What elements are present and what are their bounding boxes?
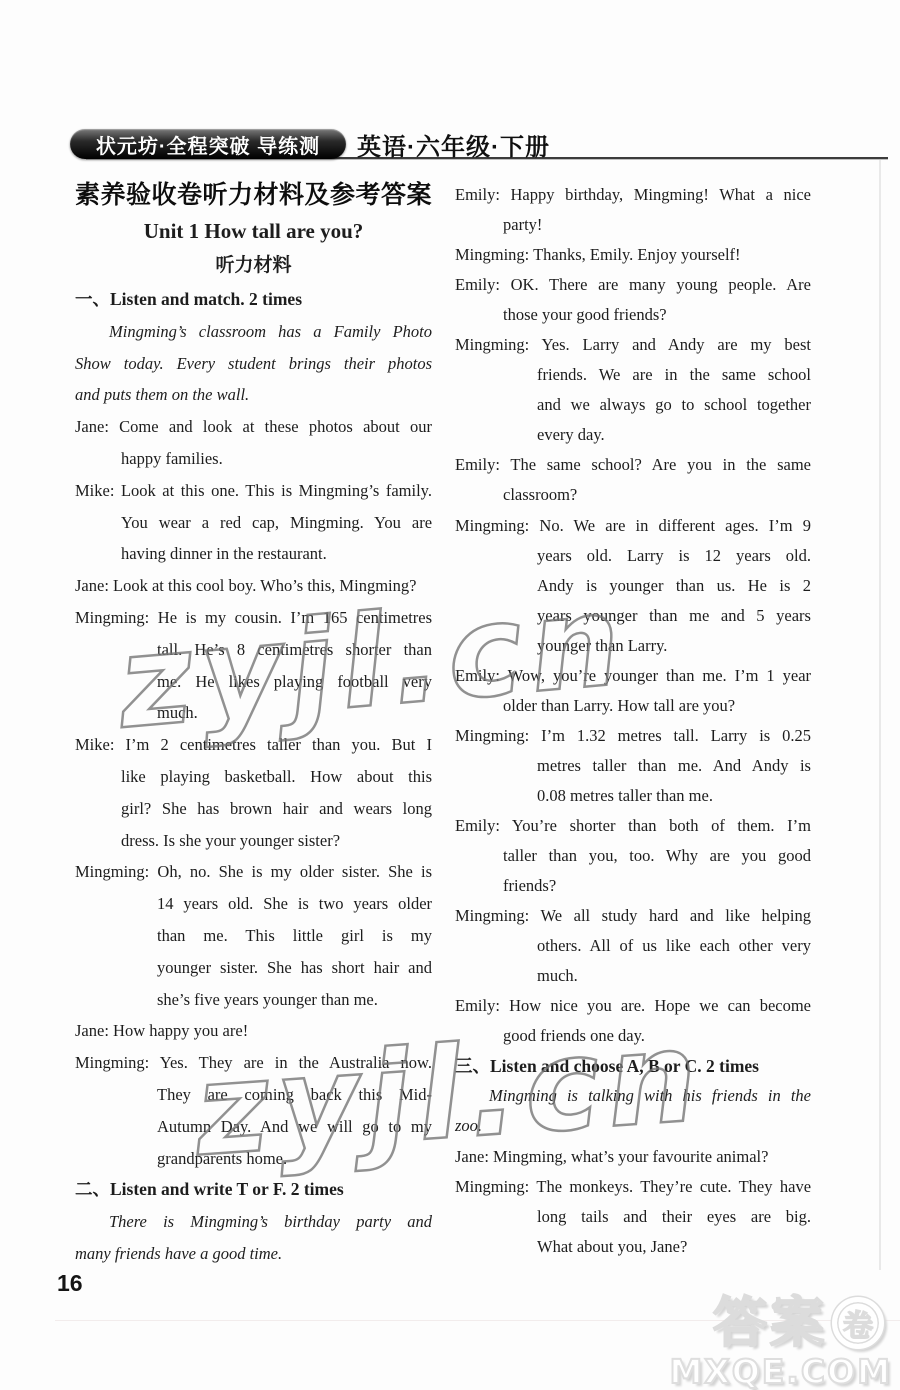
page-number: 16 — [57, 1270, 83, 1297]
dialogue-line: Show today. Every student brings their p… — [75, 348, 432, 380]
dialogue-line: much. — [455, 961, 811, 991]
dialogue-line: every day. — [455, 420, 811, 450]
dialogue-line: than me. This little girl is my — [75, 920, 432, 952]
dialogue-line: 14 years old. She is two years older — [75, 888, 432, 920]
answer-circle-logo: 答案 卷 MXQE.COM — [669, 1295, 892, 1390]
dialogue-line: Jane: Come and look at these photos abou… — [75, 411, 432, 443]
dialogue-line: There is Mingming’s birthday party and — [75, 1206, 432, 1238]
dialogue-line: and we always go to school together — [455, 390, 811, 420]
dialogue-line: metres taller than me. And Andy is — [455, 751, 811, 781]
dialogue-line: Jane: How happy you are! — [75, 1015, 432, 1047]
dialogue-line: They are coming back this Mid- — [75, 1079, 432, 1111]
dialogue-line: younger sister. She has short hair and — [75, 952, 432, 984]
dialogue-line: long tails and their eyes are big. — [455, 1202, 811, 1232]
left-dialogue-lines: 一、Listen and match. 2 timesMingming’s cl… — [75, 284, 432, 1270]
dialogue-line: Mingming: He is my cousin. I’m 165 centi… — [75, 602, 432, 634]
dialogue-line: and puts them on the wall. — [75, 379, 432, 411]
dialogue-line: Jane: Mingming, what’s your favourite an… — [455, 1142, 811, 1172]
dialogue-line: she’s five years younger than me. — [75, 984, 432, 1016]
answer-circle-icon: 卷 — [832, 1297, 884, 1349]
page-title: 素养验收卷听力材料及参考答案 — [75, 176, 432, 214]
dialogue-line: like playing basketball. How about this — [75, 761, 432, 793]
dialogue-line: 三、Listen and choose A, B or C. 2 times — [455, 1051, 811, 1081]
dialogue-line: Mingming: The monkeys. They’re cute. The… — [455, 1172, 811, 1202]
answer-circle-logo-row: 答案 卷 — [669, 1295, 892, 1351]
dialogue-line: many friends have a good time. — [75, 1238, 432, 1270]
listening-material-heading: 听力材料 — [75, 248, 432, 284]
dialogue-line: You wear a red cap, Mingming. You are — [75, 507, 432, 539]
dialogue-line: tall. He’s 8 centimetres shorter than — [75, 634, 432, 666]
dialogue-line: Emily: Wow, you’re younger than me. I’m … — [455, 661, 811, 691]
dialogue-line: Emily: Happy birthday, Mingming! What a … — [455, 180, 811, 210]
dialogue-line: years old. Larry is 12 years old. — [455, 541, 811, 571]
header-subject: 英语·六年级·下册 — [357, 127, 550, 162]
dialogue-line: good friends one day. — [455, 1021, 811, 1051]
dialogue-line: me. He likes playing football very — [75, 666, 432, 698]
dialogue-line: older than Larry. How tall are you? — [455, 691, 811, 721]
dialogue-line: Mingming: Oh, no. She is my older sister… — [75, 856, 432, 888]
series-badge-label: 状元坊·全程突破 导练测 — [96, 130, 320, 159]
scan-edge-line — [879, 160, 881, 1270]
dialogue-line: others. All of us like each other very — [455, 931, 811, 961]
dialogue-line: What about you, Jane? — [455, 1232, 811, 1262]
dialogue-line: dress. Is she your younger sister? — [75, 825, 432, 857]
dialogue-line: friends. We are in the same school — [455, 360, 811, 390]
answer-circle-logo-text: 答案 — [713, 1295, 827, 1351]
dialogue-line: friends? — [455, 871, 811, 901]
dialogue-line: taller than you, too. Why are you good — [455, 841, 811, 871]
scanned-book-page: 状元坊·全程突破 导练测 英语·六年级·下册 素养验收卷听力材料及参考答案 Un… — [0, 0, 900, 1390]
dialogue-line: younger than Larry. — [455, 631, 811, 661]
dialogue-line: Autumn Day. And we will go to my — [75, 1111, 432, 1143]
dialogue-line: zoo. — [455, 1111, 811, 1141]
logo-site-url: MXQE.COM — [669, 1352, 892, 1390]
right-column: Emily: Happy birthday, Mingming! What a … — [455, 180, 811, 1262]
dialogue-line: those your good friends? — [455, 300, 811, 330]
dialogue-line: Emily: How nice you are. Hope we can bec… — [455, 991, 811, 1021]
dialogue-line: Mingming is talking with his friends in … — [455, 1081, 811, 1111]
dialogue-line: Mingming’s classroom has a Family Photo — [75, 316, 432, 348]
dialogue-line: 0.08 metres taller than me. — [455, 781, 811, 811]
dialogue-line: Mike: Look at this one. This is Mingming… — [75, 475, 432, 507]
dialogue-line: Emily: You’re shorter than both of them.… — [455, 811, 811, 841]
dialogue-line: Mingming: No. We are in different ages. … — [455, 511, 811, 541]
dialogue-line: Mike: I’m 2 centimetres taller than you.… — [75, 729, 432, 761]
dialogue-line: party! — [455, 210, 811, 240]
dialogue-line: having dinner in the restaurant. — [75, 538, 432, 570]
dialogue-line: Andy is younger than us. He is 2 — [455, 571, 811, 601]
dialogue-line: much. — [75, 697, 432, 729]
dialogue-line: Emily: The same school? Are you in the s… — [455, 450, 811, 480]
dialogue-line: Mingming: Yes. They are in the Australia… — [75, 1047, 432, 1079]
answer-circle-icon-char: 卷 — [843, 1301, 873, 1345]
dialogue-line: Mingming: Yes. Larry and Andy are my bes… — [455, 330, 811, 360]
dialogue-line: Mingming: We all study hard and like hel… — [455, 901, 811, 931]
dialogue-line: happy families. — [75, 443, 432, 475]
series-badge: 状元坊·全程突破 导练测 — [70, 129, 346, 159]
dialogue-line: grandparents home. — [75, 1143, 432, 1175]
dialogue-line: Mingming: I’m 1.32 metres tall. Larry is… — [455, 721, 811, 751]
left-column: 素养验收卷听力材料及参考答案 Unit 1 How tall are you? … — [75, 176, 432, 1270]
dialogue-line: 二、Listen and write T or F. 2 times — [75, 1174, 432, 1206]
right-dialogue-lines: Emily: Happy birthday, Mingming! What a … — [455, 180, 811, 1262]
dialogue-line: classroom? — [455, 480, 811, 510]
dialogue-line: 一、Listen and match. 2 times — [75, 284, 432, 316]
dialogue-line: Emily: OK. There are many young people. … — [455, 270, 811, 300]
dialogue-line: Mingming: Thanks, Emily. Enjoy yourself! — [455, 240, 811, 270]
dialogue-line: girl? She has brown hair and wears long — [75, 793, 432, 825]
dialogue-line: Jane: Look at this cool boy. Who’s this,… — [75, 570, 432, 602]
dialogue-line: years younger than me and 5 years — [455, 601, 811, 631]
unit-title: Unit 1 How tall are you? — [75, 214, 432, 248]
